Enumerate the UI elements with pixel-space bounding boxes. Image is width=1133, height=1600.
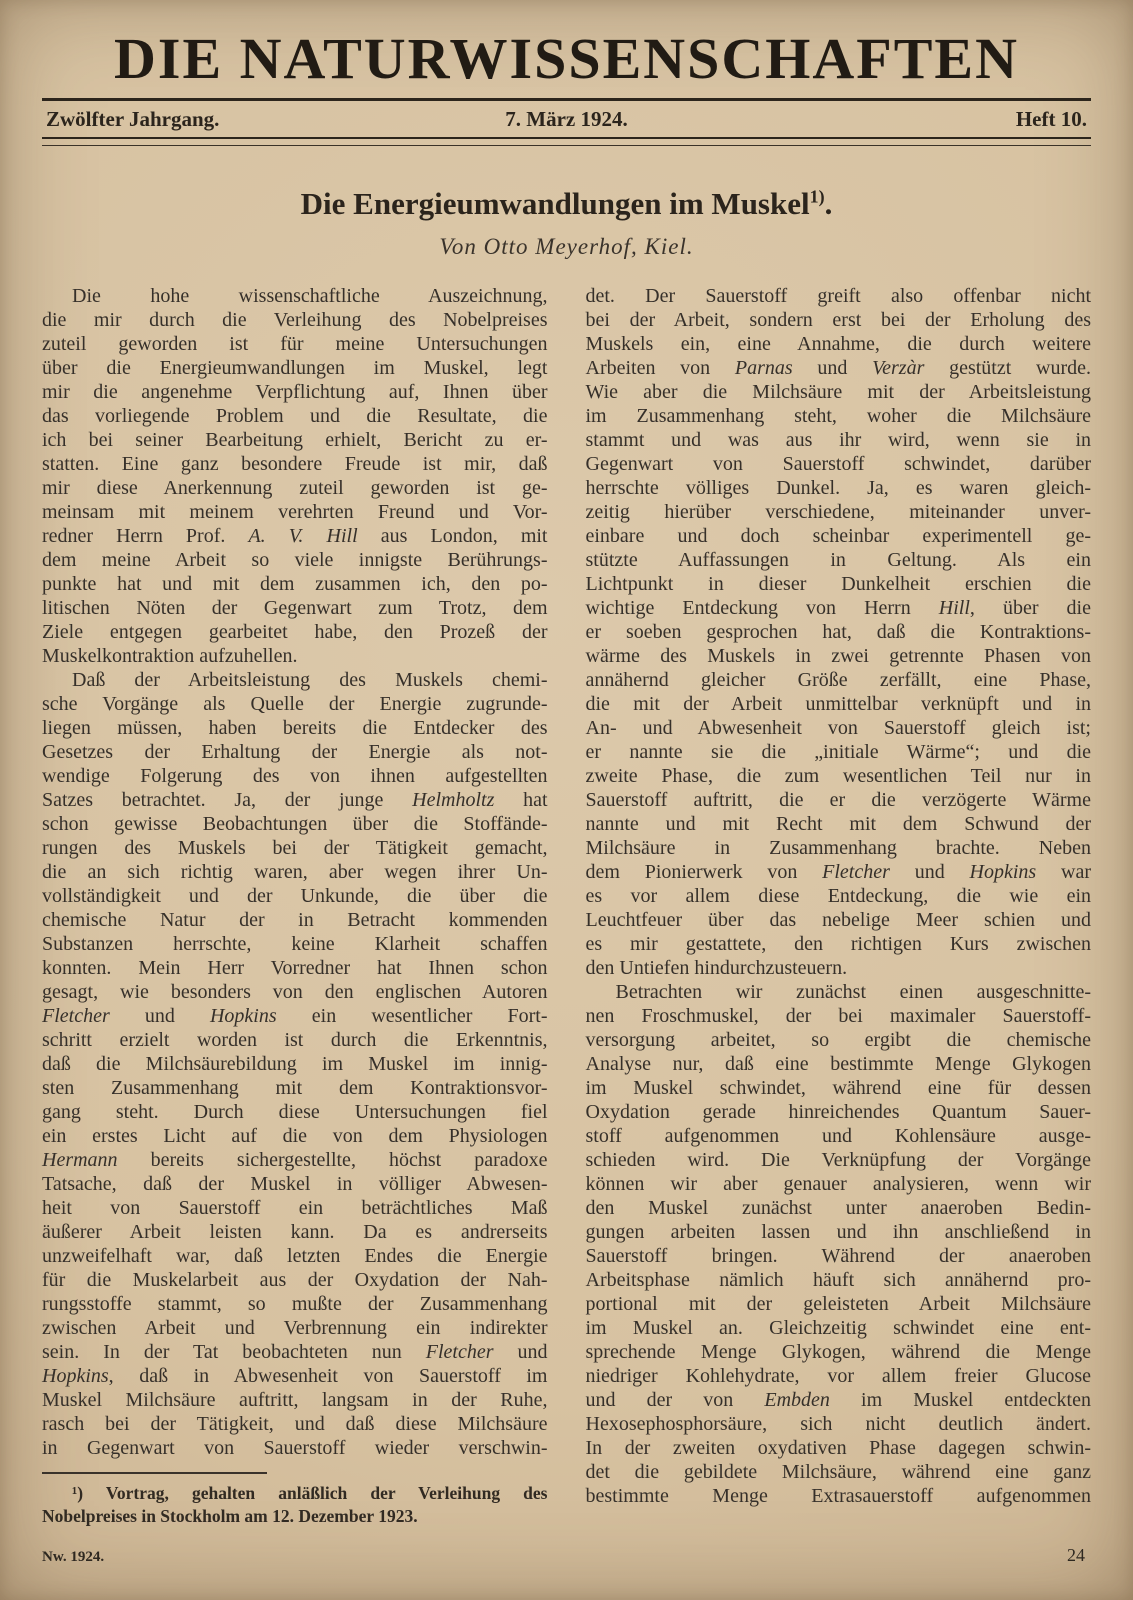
column-right: det. Der Sauerstoff greift also offenbar… [586,284,1092,1528]
paragraph: det. Der Sauerstoff greift also offenbar… [586,284,1092,980]
article-byline: Von Otto Meyerhof, Kiel. [42,234,1091,260]
date-label: 7. März 1924. [393,107,740,132]
text-line: Muskels ein, eine Annahme, die durch wei… [586,332,1092,356]
text-line: in Gegenwart von Sauerstoff wieder versc… [42,1436,548,1460]
text-line: rasch bei der Tätigkeit, und daß diese M… [42,1412,548,1436]
text-line: im Muskel an. Gleichzeitig schwindet ein… [586,1316,1092,1340]
text-line: Tatsache, daß der Muskel in völliger Abw… [42,1172,548,1196]
text-line: bestimmte Menge Extrasauerstoff aufgenom… [586,1484,1092,1508]
text-line: gungen arbeiten lassen und ihn anschließ… [586,1220,1092,1244]
title-footnote-ref: 1) [810,187,825,207]
text-line: Lichtpunkt in dieser Dunkelheit erschien… [586,572,1092,596]
text-line: daß die Milchsäurebildung im Muskel im i… [42,1052,548,1076]
text-line: sein. In der Tat beobachteten nun Fletch… [42,1340,548,1364]
text-line: einbare und doch scheinbar experimentell… [586,524,1092,548]
text-line: im Zusammenhang steht, woher die Milchsä… [586,404,1092,428]
text-line: det die gebildete Milchsäure, während ei… [586,1460,1092,1484]
text-line: Satzes betrachtet. Ja, der junge Helmhol… [42,788,548,812]
text-line: In der zweiten oxydativen Phase dagegen … [586,1436,1092,1460]
text-line: unzweifelhaft war, daß letzten Endes die… [42,1244,548,1268]
paragraph: Die hohe wissenschaftliche Auszeichnung,… [42,284,548,668]
masthead-double-rule [42,137,1091,146]
text-line: stoff aufgenommen und Kohlensäure ausge- [586,1124,1092,1148]
masthead-info-row: Zwölfter Jahrgang. 7. März 1924. Heft 10… [42,101,1091,137]
text-line: Nobelpreises in Stockholm am 12. Dezembe… [42,1505,548,1528]
article-title: Die Energieumwandlungen im Muskel1). [42,186,1091,222]
text-line: punkte hat und mit dem zusammen ich, den… [42,572,548,596]
text-line: nannte und mit Recht mit dem Schwund der [586,812,1092,836]
text-line: litischen Nöten der Gegenwart zum Trotz,… [42,596,548,620]
text-line: die an sich richtig waren, aber wegen ih… [42,860,548,884]
text-line: Die hohe wissenschaftliche Auszeichnung, [42,284,548,308]
text-line: vollständigkeit und der Unkunde, die übe… [42,884,548,908]
text-line: Analyse nur, daß eine bestimmte Menge Gl… [586,1052,1092,1076]
text-line: Ziele entgegen gearbeitet habe, den Proz… [42,620,548,644]
text-line: Arbeiten von Parnas und Verzàr gestützt … [586,356,1092,380]
text-line: den Untiefen hindurchzusteuern. [586,956,1092,980]
text-line: Muskel Milchsäure auftritt, langsam in d… [42,1388,548,1412]
text-line: zwischen Arbeit und Verbrennung ein indi… [42,1316,548,1340]
text-line: nen Froschmuskel, der bei maximaler Saue… [586,1004,1092,1028]
text-line: mir die angenehme Verpflichtung auf, Ihn… [42,380,548,404]
text-line: Betrachten wir zunächst einen ausgeschni… [586,980,1092,1004]
text-line: äußerer Arbeit leisten kann. Da es andre… [42,1220,548,1244]
text-line: mir diese Anerkennung zuteil geworden is… [42,476,548,500]
text-line: Gegenwart von Sauerstoff schwindet, darü… [586,452,1092,476]
text-line: Hermann bereits sichergestellte, höchst … [42,1148,548,1172]
text-line: Sauerstoff auftritt, die er die verzöger… [586,788,1092,812]
text-line: Gesetzes der Erhaltung der Energie als n… [42,740,548,764]
column-right-text: det. Der Sauerstoff greift also offenbar… [586,284,1092,1508]
paragraph: Betrachten wir zunächst einen ausgeschni… [586,980,1092,1508]
column-left-text: Die hohe wissenschaftliche Auszeichnung,… [42,284,548,1460]
text-line: redner Herrn Prof. A. V. Hill aus London… [42,524,548,548]
text-line: es vor allem diese Entdeckung, die wie e… [586,884,1092,908]
text-line: Oxydation gerade hinreichendes Quantum S… [586,1100,1092,1124]
text-line: sten Zusammenhang mit dem Kontraktionsvo… [42,1076,548,1100]
text-line: sprechende Menge Glykogen, während die M… [586,1340,1092,1364]
journal-abbrev: Nw. 1924. [42,1549,104,1566]
text-line: es mir gestattete, den richtigen Kurs zw… [586,932,1092,956]
text-line: liegen müssen, haben bereits die Entdeck… [42,716,548,740]
footnote-separator [42,1472,267,1474]
text-line: dem meine Arbeit so viele innigste Berüh… [42,548,548,572]
text-line: wärme des Muskels in zwei getrennte Phas… [586,644,1092,668]
volume-label: Zwölfter Jahrgang. [46,107,393,132]
text-line: können wir aber genauer analysieren, wen… [586,1172,1092,1196]
text-line: und der von Embden im Muskel entdeckten [586,1388,1092,1412]
text-line: gesagt, wie besonders von den englischen… [42,980,548,1004]
text-line: für die Muskelarbeit aus der Oxydation d… [42,1268,548,1292]
text-line: Sauerstoff bringen. Während der anaerobe… [586,1244,1092,1268]
text-line: Hopkins, daß in Abwesenheit von Sauersto… [42,1364,548,1388]
text-line: er nannte sie die „initiale Wärme“; und … [586,740,1092,764]
text-line: stützte Auffassungen in Geltung. Als ein [586,548,1092,572]
text-line: det. Der Sauerstoff greift also offenbar… [586,284,1092,308]
journal-title: DIE NATURWISSENSCHAFTEN [42,26,1091,92]
text-line: die mir durch die Verleihung des Nobelpr… [42,308,548,332]
text-line: wichtige Entdeckung von Herrn Hill, über… [586,596,1092,620]
text-line: portional mit der geleisteten Arbeit Mil… [586,1292,1092,1316]
column-left: Die hohe wissenschaftliche Auszeichnung,… [42,284,548,1528]
text-line: Fletcher und Hopkins ein wesentlicher Fo… [42,1004,548,1028]
text-line: bei der Arbeit, sondern erst bei der Erh… [586,308,1092,332]
text-line: sche Vorgänge als Quelle der Energie zug… [42,692,548,716]
text-line: zuteil geworden ist für meine Untersuchu… [42,332,548,356]
footnote: ¹) Vortrag, gehalten anläßlich der Verle… [42,1482,548,1528]
text-line: schritt erzielt worden ist durch die Erk… [42,1028,548,1052]
text-line: im Muskel schwindet, während eine für de… [586,1076,1092,1100]
journal-page: DIE NATURWISSENSCHAFTEN Zwölfter Jahrgan… [0,0,1133,1600]
text-line: rungen des Muskels bei der Tätigkeit gem… [42,836,548,860]
text-line: den Muskel zunächst unter anaeroben Bedi… [586,1196,1092,1220]
text-line: über die Energieumwandlungen im Muskel, … [42,356,548,380]
text-line: Hexosephosphorsäure, sich nicht deutlich… [586,1412,1092,1436]
text-line: zweite Phase, die zum wesentlichen Teil … [586,764,1092,788]
text-line: dem Pionierwerk von Fletcher und Hopkins… [586,860,1092,884]
text-line: ich bei seiner Bearbeitung erhielt, Beri… [42,428,548,452]
text-line: wendige Folgerung des von ihnen aufgeste… [42,764,548,788]
issue-label: Heft 10. [740,107,1087,132]
text-line: statten. Eine ganz besondere Freude ist … [42,452,548,476]
paragraph: Daß der Arbeitsleistung des Muskels chem… [42,668,548,1460]
article-body: Die hohe wissenschaftliche Auszeichnung,… [42,284,1091,1528]
text-line: Arbeitsphase nämlich häuft sich annähern… [586,1268,1092,1292]
article-title-text: Die Energieumwandlungen im Muskel [301,186,810,221]
text-line: stammt und was aus ihr wird, wenn sie in [586,428,1092,452]
text-line: herrschte völliges Dunkel. Ja, es waren … [586,476,1092,500]
text-line: Leuchtfeuer über das nebelige Meer schie… [586,908,1092,932]
text-line: das vorliegende Problem und die Resultat… [42,404,548,428]
text-line: Daß der Arbeitsleistung des Muskels chem… [42,668,548,692]
text-line: zeitig hierüber verschiedene, miteinande… [586,500,1092,524]
text-line: meinsam mit meinem verehrten Freund und … [42,500,548,524]
text-line: er soeben gesprochen hat, daß die Kontra… [586,620,1092,644]
text-line: Substanzen herrschte, keine Klarheit sch… [42,932,548,956]
text-line: ein erstes Licht auf die von dem Physiol… [42,1124,548,1148]
text-line: niedriger Kohlehydrate, vor allem freier… [586,1364,1092,1388]
page-number: 24 [1067,1545,1085,1566]
text-line: konnten. Mein Herr Vorredner hat Ihnen s… [42,956,548,980]
article-title-period: . [825,186,833,221]
text-line: ¹) Vortrag, gehalten anläßlich der Verle… [42,1482,548,1505]
text-line: schon gewisse Beobachtungen über die Sto… [42,812,548,836]
paragraph: ¹) Vortrag, gehalten anläßlich der Verle… [42,1482,548,1528]
text-line: heit von Sauerstoff ein beträchtliches M… [42,1196,548,1220]
text-line: versorgung arbeitet, so ergibt die chemi… [586,1028,1092,1052]
text-line: die mit der Arbeit unmittelbar verknüpft… [586,692,1092,716]
text-line: rungsstoffe stammt, so mußte der Zusamme… [42,1292,548,1316]
text-line: An- und Abwesenheit von Sauerstoff gleic… [586,716,1092,740]
text-line: gang steht. Durch diese Untersuchungen f… [42,1100,548,1124]
text-line: Muskelkontraktion aufzuhellen. [42,644,548,668]
text-line: annähernd gleicher Größe zerfällt, eine … [586,668,1092,692]
text-line: chemische Natur der in Betracht kommende… [42,908,548,932]
text-line: Wie aber die Milchsäure mit der Arbeitsl… [586,380,1092,404]
footer: Nw. 1924. 24 [42,1545,1085,1566]
text-line: schieden wird. Die Verknüpfung der Vorgä… [586,1148,1092,1172]
text-line: Milchsäure in Zusammenhang brachte. Nebe… [586,836,1092,860]
